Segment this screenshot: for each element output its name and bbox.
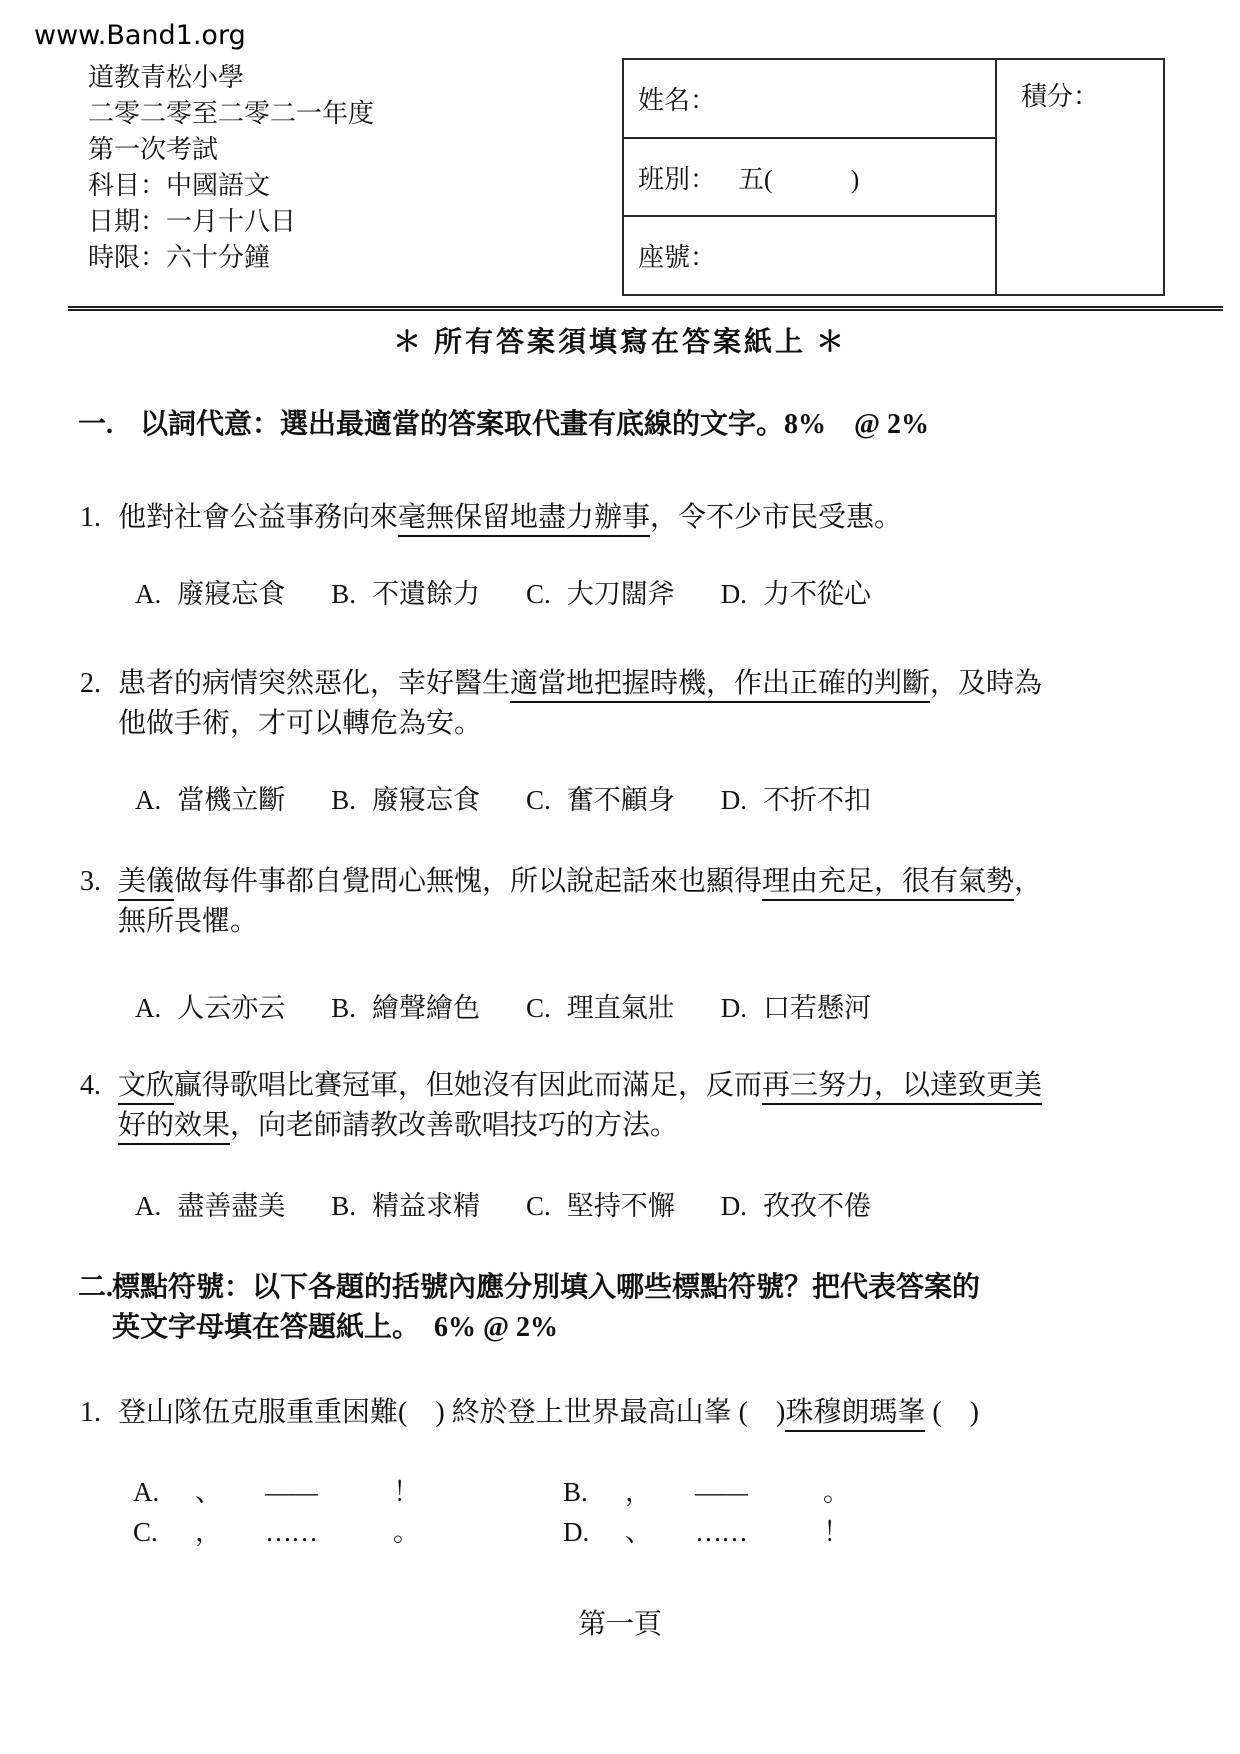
subject-line: 科目：中國語文 <box>88 168 374 204</box>
option-text: 口若懸河 <box>763 993 871 1023</box>
option-label: C. <box>526 1191 551 1221</box>
option-label: B. <box>331 1191 356 1221</box>
option-label: D. <box>721 1191 747 1221</box>
question-1: 1. 他對社會公益事務向來毫無保留地盡力辦事，令不少市民受惠。 <box>80 498 1190 538</box>
text-segment: ，令不少市民受惠。 <box>650 502 902 533</box>
option-D: D.口若懸河 <box>721 988 871 1028</box>
option-text: 大刀闊斧 <box>567 579 675 609</box>
option-A: A.廢寢忘食 <box>135 574 285 614</box>
option-label: B. <box>331 785 356 815</box>
section1-heading: 一. 以詞代意：選出最適當的答案取代畫有底線的文字。8% @ 2% <box>78 405 1190 445</box>
school-info-block: 道教青松小學 二零二零至二零二一年度 第一次考試 科目：中國語文 日期：一月十八… <box>88 60 374 276</box>
text-segment: 他做手術，才可以轉危為安。 <box>118 708 482 739</box>
section2-instructions: 標點符號：以下各題的括號內應分別填入哪些標點符號？把代表答案的 英文字母填在答題… <box>112 1268 980 1348</box>
option-text: 精益求精 <box>372 1191 480 1221</box>
question-2-options: A.當機立斷 B.廢寢忘食 C.奮不顧身 D.不折不扣 <box>135 780 1240 820</box>
punctuation-mark: …… <box>695 1512 823 1552</box>
question-4-line-2: 好的效果，向老師請教改善歌唱技巧的方法。 <box>118 1106 1190 1146</box>
section1-number: 一. <box>78 405 140 445</box>
class-value: 五( ) <box>738 159 859 196</box>
exam-paper-page: www.Band1.org 道教青松小學 二零二零至二零二一年度 第一次考試 科… <box>0 0 1240 1754</box>
option-text: 力不從心 <box>763 579 871 609</box>
option-C: C.奮不顧身 <box>526 780 675 820</box>
punctuation-mark: ！ <box>393 1472 420 1512</box>
name-field: 姓名： <box>624 60 995 139</box>
punctuation-options: A. 、 —— ！ B. ， —— 。 C. ， …… 。 <box>133 1472 1240 1552</box>
option-text: 不折不扣 <box>763 785 871 815</box>
underlined-segment: 文欣 <box>118 1070 174 1105</box>
question-2-line-1: 患者的病情突然惡化，幸好醫生適當地把握時機，作出正確的判斷，及時為 <box>118 664 1190 704</box>
punctuation-mark: …… <box>265 1512 393 1552</box>
class-label: 班別： <box>638 159 716 196</box>
page-number: 第一頁 <box>0 1602 1240 1642</box>
option-text: 堅持不懈 <box>567 1191 675 1221</box>
punctuation-mark: 。 <box>393 1512 420 1552</box>
option-label: C. <box>526 579 551 609</box>
option-label: A. <box>133 1472 195 1512</box>
question-3-options: A.人云亦云 B.繪聲繪色 C.理直氣壯 D.口若懸河 <box>135 988 1240 1028</box>
punctuation-options-row-2: C. ， …… 。 D. 、 …… ！ <box>133 1512 1240 1552</box>
section2-question-1-number: 1. <box>80 1393 118 1433</box>
punctuation-mark: 、 <box>625 1512 695 1552</box>
class-field: 班別： 五( ) <box>624 139 995 218</box>
option-text: 人云亦云 <box>177 993 285 1023</box>
punctuation-mark: —— <box>265 1472 393 1512</box>
option-label: D. <box>721 579 747 609</box>
question-1-options: A.廢寢忘食 B.不遺餘力 C.大刀闊斧 D.力不從心 <box>135 574 1240 614</box>
question-3-text: 美儀做每件事都自覺問心無愧，所以說起話來也顯得理由充足，很有氣勢， 無所畏懼。 <box>118 862 1190 942</box>
punctuation-mark: 、 <box>195 1472 265 1512</box>
watermark-url: www.Band1.org <box>34 20 246 51</box>
option-label: D. <box>721 785 747 815</box>
question-2-number: 2. <box>80 664 118 744</box>
underlined-segment: 毫無保留地盡力辦事 <box>398 502 650 537</box>
punctuation-mark: ， <box>195 1512 265 1552</box>
text-segment: 登山隊伍克服重重困難( ) 終於登上世界最高山峯 ( ) <box>118 1397 785 1428</box>
option-D: D.不折不扣 <box>721 780 871 820</box>
option-B: B.繪聲繪色 <box>331 988 480 1028</box>
option-text: 盡善盡美 <box>177 1191 285 1221</box>
section2-instructions-line-1: 標點符號：以下各題的括號內應分別填入哪些標點符號？把代表答案的 <box>112 1268 980 1308</box>
option-text: 理直氣壯 <box>567 993 675 1023</box>
underlined-segment: 好的效果 <box>118 1110 230 1145</box>
section2-question-1: 1. 登山隊伍克服重重困難( ) 終於登上世界最高山峯 ( )珠穆朗瑪峯 ( ) <box>80 1393 1190 1433</box>
exam-title: 第一次考試 <box>88 132 374 168</box>
text-segment: ，及時為 <box>930 668 1042 699</box>
text-segment: 贏得歌唱比賽冠軍，但她沒有因此而滿足，反而 <box>174 1070 762 1101</box>
option-label: D. <box>721 993 747 1023</box>
option-text: 不遺餘力 <box>372 579 480 609</box>
section2-number: 二. <box>78 1268 112 1348</box>
option-C: C.理直氣壯 <box>526 988 675 1028</box>
exam-content: ＊ 所有答案須填寫在答案紙上 ＊ 一. 以詞代意：選出最適當的答案取代畫有底線的… <box>0 326 1240 1642</box>
underlined-segment: 適當地把握時機，作出正確的判斷 <box>510 668 930 703</box>
option-A: A.當機立斷 <box>135 780 285 820</box>
answer-sheet-notice: ＊ 所有答案須填寫在答案紙上 ＊ <box>0 326 1240 360</box>
punctuation-mark: —— <box>695 1472 823 1512</box>
seat-field: 座號： <box>624 217 995 294</box>
question-3-number: 3. <box>80 862 118 942</box>
option-label: B. <box>331 993 356 1023</box>
option-text: 孜孜不倦 <box>763 1191 871 1221</box>
score-label: 積分： <box>1021 82 1099 111</box>
option-A: A.盡善盡美 <box>135 1186 285 1226</box>
punctuation-options-row-1: A. 、 —— ！ B. ， —— 。 <box>133 1472 1240 1512</box>
student-info-left-column: 姓名： 班別： 五( ) 座號： <box>624 60 997 294</box>
punctuation-mark: 。 <box>823 1472 850 1512</box>
option-C: C.堅持不懈 <box>526 1186 675 1226</box>
question-4-line-1: 文欣贏得歌唱比賽冠軍，但她沒有因此而滿足，反而再三努力，以達致更美 <box>118 1066 1190 1106</box>
header-divider-rule <box>68 306 1223 311</box>
question-3-line-2: 無所畏懼。 <box>118 902 1190 942</box>
option-D: D.力不從心 <box>721 574 871 614</box>
score-cell: 積分： <box>997 60 1163 294</box>
text-segment: 做每件事都自覺問心無愧，所以說起話來也顯得 <box>174 866 762 897</box>
option-C: C. ， …… 。 <box>133 1512 563 1552</box>
question-2-line-2: 他做手術，才可以轉危為安。 <box>118 704 1190 744</box>
option-text: 廢寢忘食 <box>372 785 480 815</box>
option-label: B. <box>563 1472 625 1512</box>
underlined-segment: 理由充足，很有氣勢 <box>762 866 1014 901</box>
question-2: 2. 患者的病情突然惡化，幸好醫生適當地把握時機，作出正確的判斷，及時為 他做手… <box>80 664 1190 744</box>
question-4-options: A.盡善盡美 B.精益求精 C.堅持不懈 D.孜孜不倦 <box>135 1186 1240 1226</box>
option-label: C. <box>133 1512 195 1552</box>
option-label: C. <box>526 993 551 1023</box>
option-text: 當機立斷 <box>177 785 285 815</box>
section2-heading: 二. 標點符號：以下各題的括號內應分別填入哪些標點符號？把代表答案的 英文字母填… <box>78 1268 1190 1348</box>
punctuation-mark: ！ <box>823 1512 850 1552</box>
option-text: 繪聲繪色 <box>372 993 480 1023</box>
option-B: B.精益求精 <box>331 1186 480 1226</box>
question-2-text: 患者的病情突然惡化，幸好醫生適當地把握時機，作出正確的判斷，及時為 他做手術，才… <box>118 664 1190 744</box>
question-4: 4. 文欣贏得歌唱比賽冠軍，但她沒有因此而滿足，反而再三努力，以達致更美 好的效… <box>80 1066 1190 1146</box>
option-C: C.大刀闊斧 <box>526 574 675 614</box>
text-segment: ， <box>1014 866 1042 897</box>
section2-question-1-text: 登山隊伍克服重重困難( ) 終於登上世界最高山峯 ( )珠穆朗瑪峯 ( ) <box>118 1393 1190 1433</box>
question-3-line-1: 美儀做每件事都自覺問心無愧，所以說起話來也顯得理由充足，很有氣勢， <box>118 862 1190 902</box>
underlined-segment: 珠穆朗瑪峯 <box>785 1397 925 1432</box>
question-1-text: 他對社會公益事務向來毫無保留地盡力辦事，令不少市民受惠。 <box>118 498 1190 538</box>
text-segment: ，向老師請教改善歌唱技巧的方法。 <box>230 1110 678 1141</box>
text-segment: ( ) <box>925 1397 979 1428</box>
option-B: B.廢寢忘食 <box>331 780 480 820</box>
option-A: A. 、 —— ！ <box>133 1472 563 1512</box>
underlined-segment: 美儀 <box>118 866 174 901</box>
option-label: A. <box>135 1191 161 1221</box>
question-4-number: 4. <box>80 1066 118 1146</box>
school-name: 道教青松小學 <box>88 60 374 96</box>
option-label: A. <box>135 785 161 815</box>
section1-instructions: 以詞代意：選出最適當的答案取代畫有底線的文字。8% @ 2% <box>140 405 929 445</box>
underlined-segment: 再三努力，以達致更美 <box>762 1070 1042 1105</box>
text-segment: 患者的病情突然惡化，幸好醫生 <box>118 668 510 699</box>
option-A: A.人云亦云 <box>135 988 285 1028</box>
duration-line: 時限：六十分鐘 <box>88 240 374 276</box>
option-text: 廢寢忘食 <box>177 579 285 609</box>
option-label: D. <box>563 1512 625 1552</box>
seat-label: 座號： <box>638 237 716 274</box>
section2-instructions-line-2: 英文字母填在答題紙上。 6% @ 2% <box>112 1308 980 1348</box>
text-segment: 他對社會公益事務向來 <box>118 502 398 533</box>
option-label: B. <box>331 579 356 609</box>
option-B: B.不遺餘力 <box>331 574 480 614</box>
option-text: 奮不顧身 <box>567 785 675 815</box>
question-4-text: 文欣贏得歌唱比賽冠軍，但她沒有因此而滿足，反而再三努力，以達致更美 好的效果，向… <box>118 1066 1190 1146</box>
option-B: B. ， —— 。 <box>563 1472 993 1512</box>
student-info-table: 姓名： 班別： 五( ) 座號： 積分： <box>622 58 1165 296</box>
option-label: A. <box>135 579 161 609</box>
name-label: 姓名： <box>638 80 716 117</box>
date-line: 日期：一月十八日 <box>88 204 374 240</box>
school-year: 二零二零至二零二一年度 <box>88 96 374 132</box>
option-label: A. <box>135 993 161 1023</box>
option-D: D. 、 …… ！ <box>563 1512 993 1552</box>
option-label: C. <box>526 785 551 815</box>
text-segment: 無所畏懼。 <box>118 906 258 937</box>
question-3: 3. 美儀做每件事都自覺問心無愧，所以說起話來也顯得理由充足，很有氣勢， 無所畏… <box>80 862 1190 942</box>
question-1-number: 1. <box>80 498 118 538</box>
punctuation-mark: ， <box>625 1472 695 1512</box>
option-D: D.孜孜不倦 <box>721 1186 871 1226</box>
